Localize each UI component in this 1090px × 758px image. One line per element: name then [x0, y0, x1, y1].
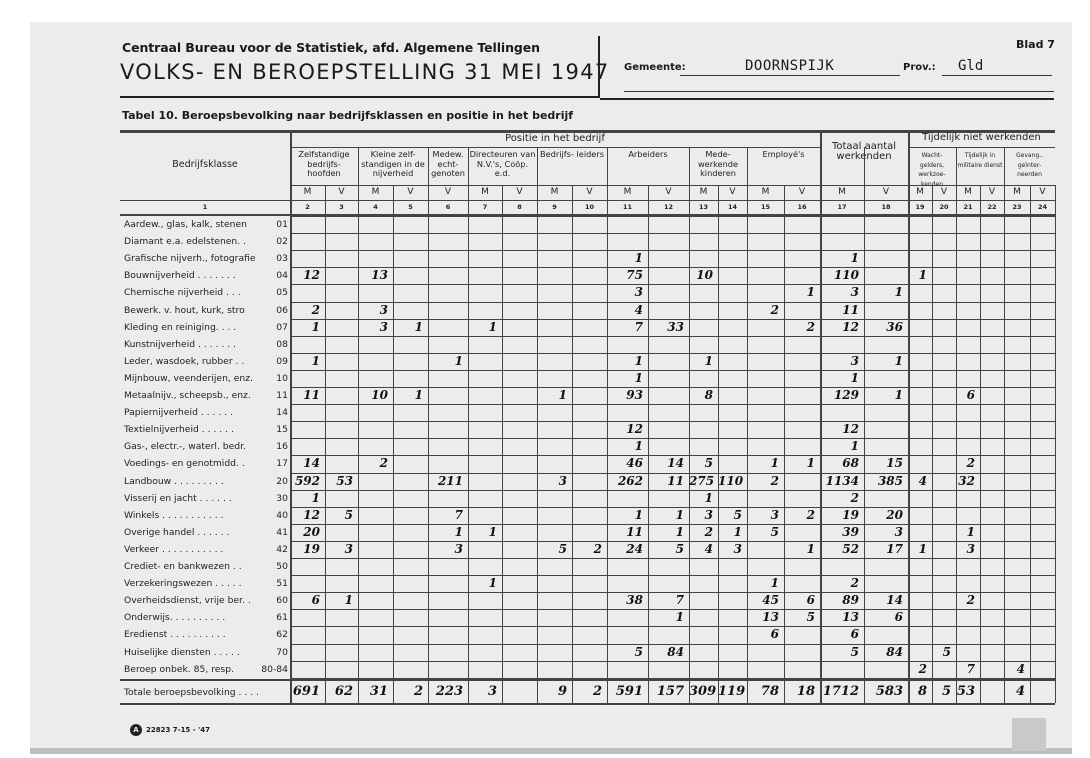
table-cell[interactable]: 12 — [607, 422, 643, 436]
print-footer: A 22823 7-15 - '47 — [130, 724, 210, 736]
column-number: 21 — [956, 203, 980, 211]
table-cell[interactable]: 2 — [956, 456, 975, 470]
column-number: 19 — [908, 203, 932, 211]
row-code: 01 — [276, 219, 288, 230]
grid-rule — [290, 421, 1055, 422]
row-code: 51 — [276, 578, 288, 589]
grid-rule — [290, 267, 1055, 268]
sex-label: M — [607, 187, 648, 197]
print-code: 22823 7-15 - '47 — [146, 726, 210, 734]
table-cell[interactable]: 262 — [607, 474, 643, 488]
total-cell[interactable]: 9 — [537, 684, 567, 699]
column-group-header: Mede- werkende kinderen — [690, 150, 746, 179]
row-code: 16 — [276, 441, 288, 452]
table-cell[interactable]: 4 — [689, 542, 713, 556]
table-cell[interactable]: 6 — [290, 593, 320, 607]
table-cell[interactable]: 75 — [607, 268, 643, 282]
row-label: Overheidsdienst, vrije ber. .60 — [124, 595, 288, 606]
row-code: 62 — [276, 629, 288, 640]
row-label: Visserij en jacht . . . . . .30 — [124, 493, 288, 504]
table-cell[interactable]: 1 — [607, 508, 643, 522]
printer-logo-icon: A — [130, 724, 142, 736]
row-label-text: Eredienst . . . . . . . . . . — [124, 629, 226, 640]
row-label-text: Gas-, electr.-, waterl. bedr. — [124, 441, 246, 452]
column-number: 23 — [1004, 203, 1030, 211]
table-cell[interactable]: 89 — [820, 593, 859, 607]
table-cell[interactable]: 1 — [689, 491, 713, 505]
row-code: 04 — [276, 270, 288, 281]
table-cell[interactable]: 3 — [820, 285, 859, 299]
table-cell[interactable]: 1 — [428, 525, 463, 539]
column-number: 10 — [572, 203, 607, 211]
table-cell[interactable]: 3 — [864, 525, 903, 539]
table-cell[interactable]: 1 — [537, 388, 567, 402]
table-cell[interactable]: 15 — [864, 456, 903, 470]
table-cell[interactable]: 45 — [747, 593, 779, 607]
table-cell[interactable]: 1 — [820, 251, 859, 265]
table-cell[interactable]: 11 — [290, 388, 320, 402]
sex-label: M — [358, 187, 393, 197]
column-group-header: Employé's — [748, 150, 819, 160]
table-cell[interactable]: 14 — [864, 593, 903, 607]
column-number: 14 — [718, 203, 747, 211]
row-code: 11 — [276, 390, 288, 401]
table-cell[interactable]: 11 — [607, 525, 643, 539]
sex-label: M — [1004, 187, 1030, 197]
table-cell[interactable]: 7 — [956, 662, 975, 676]
table-cell[interactable]: 13 — [747, 610, 779, 624]
sex-label: V — [648, 187, 689, 197]
row-label-text: Overige handel . . . . . . — [124, 527, 229, 538]
row-label-text: Grafische nijverh., fotografie — [124, 253, 256, 264]
total-cell[interactable]: 309 — [689, 684, 713, 699]
row-code: 20 — [276, 476, 288, 487]
table-cell[interactable]: 2 — [956, 593, 975, 607]
row-label-text: Kleding en reiniging. . . . — [124, 322, 236, 333]
table-cell[interactable]: 4 — [1004, 662, 1025, 676]
table-cell[interactable]: 1 — [864, 354, 903, 368]
grid-rule — [290, 626, 1055, 627]
row-code: 70 — [276, 647, 288, 658]
grid-rule — [120, 200, 1055, 201]
sex-label: V — [502, 187, 537, 197]
table-cell[interactable]: 12 — [820, 320, 859, 334]
table-cell[interactable]: 13 — [358, 268, 388, 282]
column-number: 2 — [290, 203, 325, 211]
table-cell[interactable]: 4 — [607, 303, 643, 317]
column-number: 17 — [820, 203, 864, 211]
sex-label: V — [393, 187, 428, 197]
table-cell[interactable]: 5 — [820, 645, 859, 659]
total-cell[interactable]: 53 — [956, 684, 975, 699]
column-number: 20 — [932, 203, 956, 211]
row-label: Grafische nijverh., fotografie03 — [124, 253, 288, 264]
grid-rule — [290, 284, 1055, 285]
table-cell[interactable]: 2 — [784, 508, 815, 522]
row-label-text: Metaalnijv., scheepsb., enz. — [124, 390, 251, 401]
row-label: Mijnbouw, veenderijen, enz.10 — [124, 373, 288, 384]
column-number: 1 — [120, 203, 290, 211]
table-cell[interactable]: 84 — [648, 645, 684, 659]
table-cell[interactable]: 4 — [908, 474, 927, 488]
sex-label: M — [747, 187, 784, 197]
total-cell[interactable]: 78 — [747, 684, 779, 699]
table-cell[interactable]: 68 — [820, 456, 859, 470]
totals-label: Totale beroepsbevolking . . . . — [124, 687, 288, 698]
column-header-positie: Positie in het bedrijf — [290, 134, 820, 144]
table-cell[interactable]: 1 — [864, 388, 903, 402]
row-label-text: Landbouw . . . . . . . . . — [124, 476, 224, 487]
table-cell[interactable]: 1 — [648, 508, 684, 522]
table-cell[interactable]: 20 — [864, 508, 903, 522]
row-code: 61 — [276, 612, 288, 623]
row-label-text: Huiselijke diensten . . . . . — [124, 647, 240, 658]
table-cell[interactable]: 385 — [864, 474, 903, 488]
table-cell[interactable]: 1 — [956, 525, 975, 539]
column-number: 15 — [747, 203, 784, 211]
row-label-text: Onderwijs. . . . . . . . . . — [124, 612, 225, 623]
table-cell[interactable]: 1 — [864, 285, 903, 299]
column-group-header: Wacht- gelders, werkzoe- kenden — [909, 151, 955, 189]
row-label: Verzekeringswezen . . . . .51 — [124, 578, 288, 589]
column-number: 11 — [607, 203, 648, 211]
row-code: 30 — [276, 493, 288, 504]
table-cell[interactable]: 1 — [820, 371, 859, 385]
row-code: 41 — [276, 527, 288, 538]
column-number: 7 — [468, 203, 502, 211]
table-cell[interactable]: 1 — [784, 285, 815, 299]
table-cell[interactable]: 3 — [718, 542, 742, 556]
table-cell[interactable]: 7 — [648, 593, 684, 607]
grid-rule — [290, 661, 1055, 662]
total-cell[interactable]: 1712 — [820, 684, 859, 699]
table-cell[interactable]: 19 — [820, 508, 859, 522]
table-cell[interactable]: 1 — [428, 354, 463, 368]
total-cell[interactable]: 119 — [718, 684, 742, 699]
sex-label: M — [956, 187, 980, 197]
table-cell[interactable]: 36 — [864, 320, 903, 334]
grid-rule — [290, 336, 1055, 337]
data-table: BedrijfsklassePositie in het bedrijfZelf… — [0, 0, 1090, 758]
total-cell[interactable]: 2 — [572, 684, 602, 699]
row-label: Diamant e.a. edelstenen. .02 — [124, 236, 288, 247]
column-number: 13 — [689, 203, 718, 211]
table-cell[interactable]: 110 — [718, 474, 742, 488]
table-cell[interactable]: 3 — [689, 508, 713, 522]
row-label-text: Beroep onbek. 85, resp. — [124, 664, 234, 675]
table-cell[interactable]: 2 — [820, 576, 859, 590]
column-number: 22 — [980, 203, 1004, 211]
grid-rule — [290, 302, 1055, 303]
table-cell[interactable]: 5 — [784, 610, 815, 624]
row-label: Crediet- en bankwezen . .50 — [124, 561, 288, 572]
column-group-header: Zelfstandige bedrijfs- hoofden — [291, 150, 357, 179]
sex-label: V — [980, 187, 1004, 197]
row-code: 06 — [276, 305, 288, 316]
sex-label: V — [572, 187, 607, 197]
sex-label: V — [932, 187, 956, 197]
table-cell[interactable]: 110 — [820, 268, 859, 282]
sex-label: V — [325, 187, 358, 197]
table-cell[interactable]: 8 — [689, 388, 713, 402]
grid-rule — [290, 558, 1055, 559]
table-cell[interactable]: 5 — [537, 542, 567, 556]
column-number: 24 — [1030, 203, 1055, 211]
table-cell[interactable]: 2 — [908, 662, 927, 676]
row-label: Papiernijverheid . . . . . .14 — [124, 407, 288, 418]
corner-stamp — [1012, 718, 1046, 751]
total-cell[interactable]: 591 — [607, 684, 643, 699]
sex-label: M — [537, 187, 572, 197]
table-cell[interactable]: 19 — [290, 542, 320, 556]
table-cell[interactable]: 1 — [747, 456, 779, 470]
table-cell[interactable]: 10 — [358, 388, 388, 402]
table-cell[interactable]: 1 — [290, 320, 320, 334]
table-cell[interactable]: 12 — [290, 268, 320, 282]
table-cell[interactable]: 2 — [572, 542, 602, 556]
row-label-text: Bewerk. v. hout, kurk, stro — [124, 305, 245, 316]
sex-label: V — [784, 187, 820, 197]
total-cell[interactable]: 691 — [290, 684, 320, 699]
table-cell[interactable]: 3 — [747, 508, 779, 522]
table-cell[interactable]: 1 — [393, 388, 423, 402]
row-label: Bewerk. v. hout, kurk, stro06 — [124, 305, 288, 316]
grid-rule — [290, 575, 1055, 576]
grid-rule — [290, 250, 1055, 251]
total-cell[interactable]: 8 — [908, 684, 927, 699]
table-cell[interactable]: 1 — [784, 456, 815, 470]
column-group-header: Directeuren van N.V.'s, Coöp. e.d. — [469, 150, 536, 179]
table-cell[interactable]: 33 — [648, 320, 684, 334]
table-cell[interactable]: 12 — [820, 422, 859, 436]
column-group-header: Arbeiders — [608, 150, 688, 160]
total-cell[interactable]: 18 — [784, 684, 815, 699]
table-cell[interactable]: 5 — [689, 456, 713, 470]
table-cell[interactable]: 1 — [468, 576, 497, 590]
table-cell[interactable]: 1 — [607, 439, 643, 453]
sex-label: M — [290, 187, 325, 197]
table-cell[interactable]: 3 — [607, 285, 643, 299]
grid-rule — [290, 233, 1055, 234]
row-code: 40 — [276, 510, 288, 521]
total-cell[interactable]: 3 — [468, 684, 497, 699]
row-code: 08 — [276, 339, 288, 350]
row-label: Aardew., glas, kalk, stenen01 — [124, 219, 288, 230]
table-cell[interactable]: 24 — [607, 542, 643, 556]
table-cell[interactable]: 2 — [820, 491, 859, 505]
row-label: Metaalnijv., scheepsb., enz.11 — [124, 390, 288, 401]
table-cell[interactable]: 3 — [358, 320, 388, 334]
sex-label: M — [820, 187, 864, 197]
row-label-text: Aardew., glas, kalk, stenen — [124, 219, 247, 230]
grid-rule — [290, 216, 1055, 217]
table-cell[interactable]: 14 — [648, 456, 684, 470]
total-cell[interactable]: 4 — [1004, 684, 1025, 699]
table-cell[interactable]: 129 — [820, 388, 859, 402]
total-cell[interactable]: 583 — [864, 684, 903, 699]
table-cell[interactable]: 6 — [956, 388, 975, 402]
row-label-text: Kunstnijverheid . . . . . . . — [124, 339, 236, 350]
table-cell[interactable]: 6 — [784, 593, 815, 607]
grid-rule — [290, 370, 1055, 371]
table-cell[interactable]: 275 — [689, 474, 713, 488]
table-cell[interactable]: 1 — [820, 439, 859, 453]
table-cell[interactable]: 1 — [648, 525, 684, 539]
column-number: 18 — [864, 203, 908, 211]
row-label-text: Verkeer . . . . . . . . . . . — [124, 544, 223, 555]
table-cell[interactable]: 1 — [908, 268, 927, 282]
table-cell[interactable]: 3 — [325, 542, 353, 556]
total-cell[interactable]: 62 — [325, 684, 353, 699]
table-cell[interactable]: 1 — [468, 320, 497, 334]
row-label: Winkels . . . . . . . . . . .40 — [124, 510, 288, 521]
table-cell[interactable]: 1 — [908, 542, 927, 556]
table-cell[interactable]: 2 — [290, 303, 320, 317]
grid-rule — [908, 147, 1055, 148]
table-cell[interactable]: 84 — [864, 645, 903, 659]
table-cell[interactable]: 2 — [689, 525, 713, 539]
table-cell[interactable]: 7 — [607, 320, 643, 334]
table-cell[interactable]: 1 — [393, 320, 423, 334]
table-cell[interactable]: 5 — [607, 645, 643, 659]
table-cell[interactable]: 3 — [956, 542, 975, 556]
row-code: 50 — [276, 561, 288, 572]
grid-rule — [290, 147, 820, 148]
table-cell[interactable]: 6 — [864, 610, 903, 624]
table-cell[interactable]: 17 — [864, 542, 903, 556]
table-cell[interactable]: 32 — [956, 474, 975, 488]
table-cell[interactable]: 1 — [607, 371, 643, 385]
table-cell[interactable]: 6 — [820, 627, 859, 641]
row-code: 09 — [276, 356, 288, 367]
table-cell[interactable]: 1 — [784, 542, 815, 556]
total-cell[interactable]: 31 — [358, 684, 388, 699]
grid-rule — [1055, 185, 1056, 703]
row-label-text: Voedings- en genotmidd. . — [124, 458, 245, 469]
table-cell[interactable]: 1 — [290, 354, 320, 368]
table-cell[interactable]: 2 — [747, 303, 779, 317]
row-code: 02 — [276, 236, 288, 247]
table-cell[interactable]: 1134 — [820, 474, 859, 488]
row-code: 15 — [276, 424, 288, 435]
row-label: Verkeer . . . . . . . . . . .42 — [124, 544, 288, 555]
table-cell[interactable]: 39 — [820, 525, 859, 539]
total-cell[interactable]: 157 — [648, 684, 684, 699]
row-label-text: Visserij en jacht . . . . . . — [124, 493, 232, 504]
row-label-text: Diamant e.a. edelstenen. . — [124, 236, 246, 247]
grid-rule — [290, 490, 1055, 491]
row-label: Bouwnijverheid . . . . . . .04 — [124, 270, 288, 281]
row-label-text: Verzekeringswezen . . . . . — [124, 578, 242, 589]
grid-rule — [290, 678, 1055, 679]
table-cell[interactable]: 11 — [820, 303, 859, 317]
table-cell[interactable]: 1 — [648, 610, 684, 624]
table-cell[interactable]: 53 — [325, 474, 353, 488]
table-cell[interactable]: 38 — [607, 593, 643, 607]
table-cell[interactable]: 3 — [428, 542, 463, 556]
row-label-text: Mijnbouw, veenderijen, enz. — [124, 373, 253, 384]
table-cell[interactable]: 2 — [358, 456, 388, 470]
column-group-header: Medew. echt- genoten — [429, 150, 467, 179]
table-cell[interactable]: 5 — [747, 525, 779, 539]
table-cell[interactable]: 1 — [468, 525, 497, 539]
row-code: 60 — [276, 595, 288, 606]
table-cell[interactable]: 52 — [820, 542, 859, 556]
grid-rule — [290, 353, 1055, 354]
sex-label: M — [689, 187, 718, 197]
table-cell[interactable]: 1 — [747, 576, 779, 590]
column-number: 9 — [537, 203, 572, 211]
row-code: 03 — [276, 253, 288, 264]
table-cell[interactable]: 2 — [784, 320, 815, 334]
table-cell[interactable]: 11 — [648, 474, 684, 488]
table-cell[interactable]: 1 — [290, 491, 320, 505]
row-label-text: Bouwnijverheid . . . . . . . — [124, 270, 236, 281]
table-cell[interactable]: 7 — [428, 508, 463, 522]
table-cell[interactable]: 13 — [820, 610, 859, 624]
table-cell[interactable]: 5 — [718, 508, 742, 522]
table-cell[interactable]: 1 — [325, 593, 353, 607]
table-cell[interactable]: 211 — [428, 474, 463, 488]
table-cell[interactable]: 2 — [747, 474, 779, 488]
total-cell[interactable]: 5 — [932, 684, 951, 699]
table-cell[interactable]: 5 — [648, 542, 684, 556]
sex-label: M — [468, 187, 502, 197]
column-header-tijdelijk: Tijdelijk niet werkenden — [908, 133, 1055, 143]
row-label: Beroep onbek. 85, resp.80-84 — [124, 664, 288, 675]
table-cell[interactable]: 592 — [290, 474, 320, 488]
sex-label: M — [908, 187, 932, 197]
grid-rule — [120, 703, 1055, 705]
row-label: Kunstnijverheid . . . . . . .08 — [124, 339, 288, 350]
table-cell[interactable]: 5 — [932, 645, 951, 659]
row-label-text: Leder, wasdoek, rubber . . — [124, 356, 244, 367]
table-cell[interactable]: 10 — [689, 268, 713, 282]
table-cell[interactable]: 12 — [290, 508, 320, 522]
row-code: 80-84 — [261, 664, 288, 675]
column-header-totaal: Totaal aantal werkenden — [820, 142, 908, 161]
column-group-header: Bedrijfs- leiders — [538, 150, 606, 160]
sex-label: V — [864, 187, 908, 197]
table-cell[interactable]: 1 — [689, 354, 713, 368]
table-cell[interactable]: 1 — [607, 251, 643, 265]
sex-label: V — [718, 187, 747, 197]
total-cell[interactable]: 223 — [428, 684, 463, 699]
table-cell[interactable]: 14 — [290, 456, 320, 470]
table-cell[interactable]: 3 — [537, 474, 567, 488]
row-label: Overige handel . . . . . .41 — [124, 527, 288, 538]
table-cell[interactable]: 46 — [607, 456, 643, 470]
row-label: Leder, wasdoek, rubber . .09 — [124, 356, 288, 367]
row-label: Chemische nijverheid . . .05 — [124, 287, 288, 298]
row-label: Eredienst . . . . . . . . . .62 — [124, 629, 288, 640]
row-code: 42 — [276, 544, 288, 555]
row-label-text: Winkels . . . . . . . . . . . — [124, 510, 224, 521]
row-label: Landbouw . . . . . . . . .20 — [124, 476, 288, 487]
column-number: 16 — [784, 203, 820, 211]
table-cell[interactable]: 3 — [358, 303, 388, 317]
total-cell[interactable]: 2 — [393, 684, 423, 699]
table-cell[interactable]: 20 — [290, 525, 320, 539]
table-cell[interactable]: 3 — [820, 354, 859, 368]
table-cell[interactable]: 1 — [607, 354, 643, 368]
table-cell[interactable]: 1 — [718, 525, 742, 539]
column-number: 6 — [428, 203, 468, 211]
row-label: Textielnijverheid . . . . . .15 — [124, 424, 288, 435]
table-cell[interactable]: 6 — [747, 627, 779, 641]
table-cell[interactable]: 5 — [325, 508, 353, 522]
table-cell[interactable]: 93 — [607, 388, 643, 402]
